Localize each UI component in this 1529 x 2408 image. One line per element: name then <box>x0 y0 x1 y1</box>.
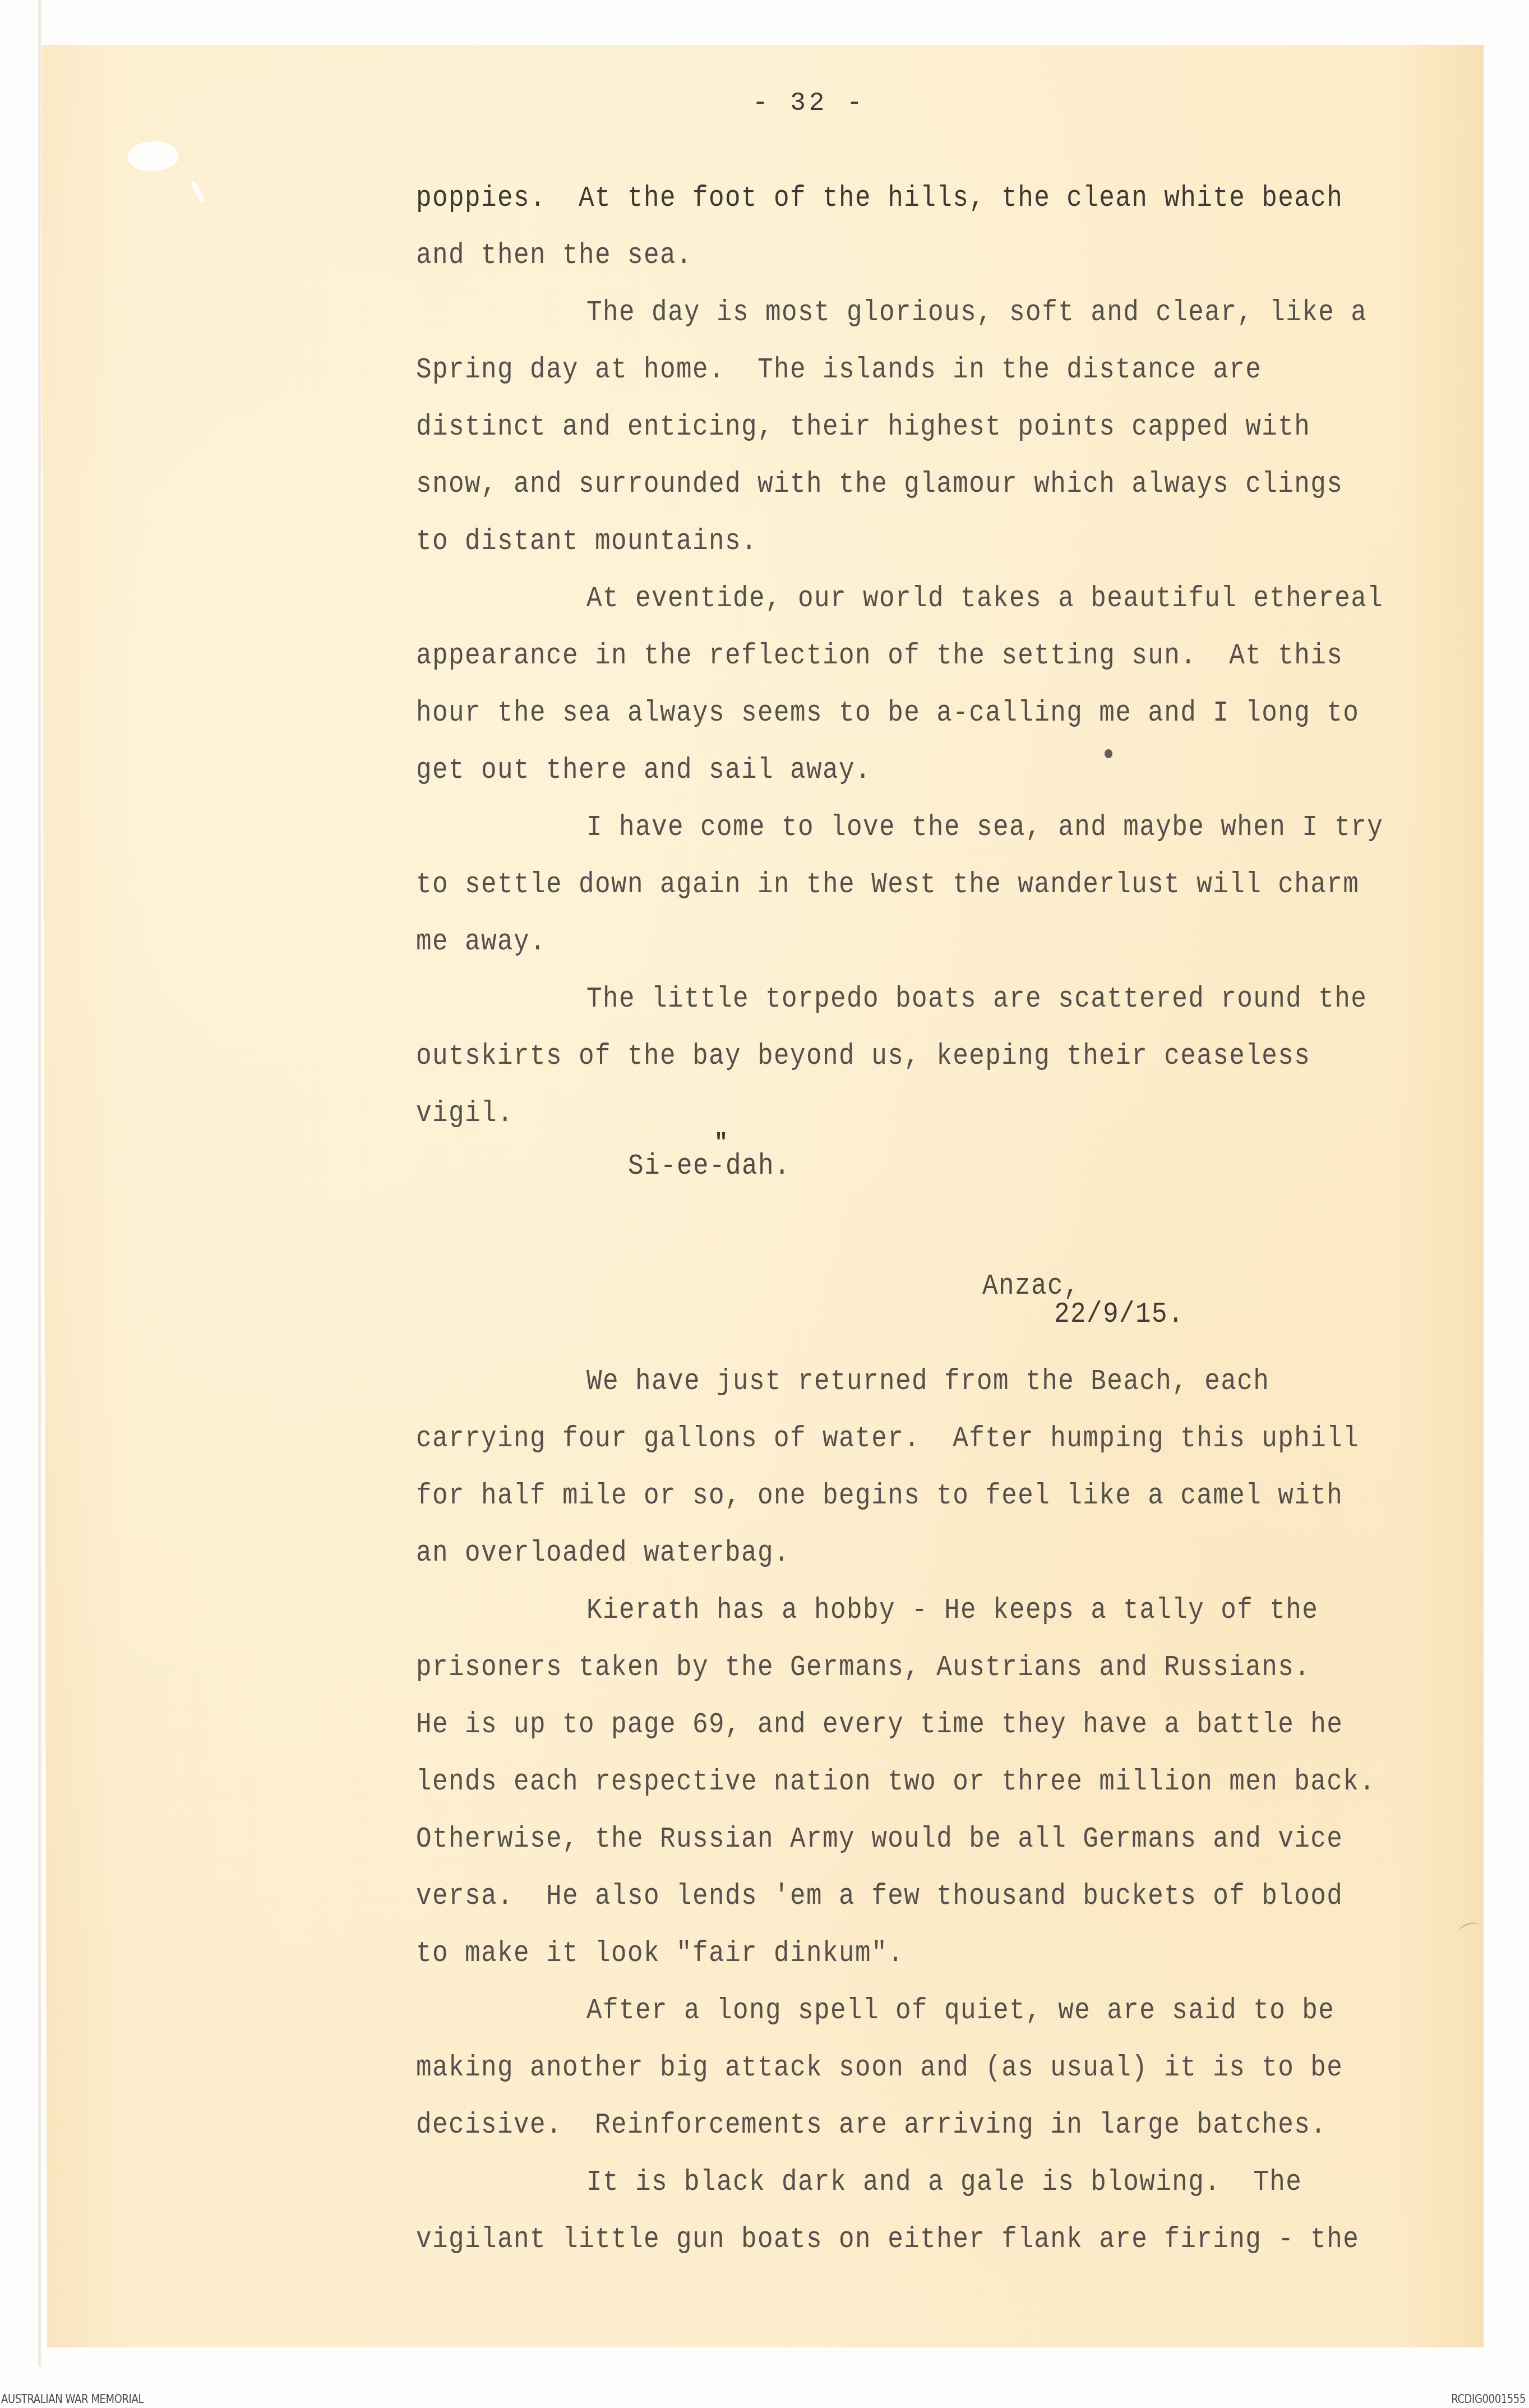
page-number: - 32 - <box>752 89 866 118</box>
text-line: I have come to love the sea, and maybe w… <box>586 810 1383 845</box>
text-line: distinct and enticing, their highest poi… <box>416 409 1310 445</box>
text-line: We have just returned from the Beach, ea… <box>586 1364 1269 1399</box>
text-line: to settle down again in the West the wan… <box>416 867 1359 902</box>
ink-blot <box>1105 749 1112 758</box>
text-line: At eventide, our world takes a beautiful… <box>586 581 1383 616</box>
text-line: lends each respective nation two or thre… <box>416 1764 1375 1800</box>
text-line: After a long spell of quiet, we are said… <box>586 1993 1334 2028</box>
text-line: me away. <box>416 924 546 959</box>
text-line: to make it look "fair dinkum". <box>416 1936 904 1971</box>
record-id: RCDIG0001555 <box>1451 2392 1526 2406</box>
text-line: making another big attack soon and (as u… <box>416 2050 1343 2086</box>
text-line: Otherwise, the Russian Army would be all… <box>416 1821 1343 1857</box>
text-line: for half mile or so, one begins to feel … <box>416 1478 1343 1514</box>
text-line: The little torpedo boats are scattered r… <box>586 981 1367 1017</box>
text-line: and then the sea. <box>416 238 692 273</box>
signature: Si-ee-dah. <box>628 1150 791 1182</box>
text-line: poppies. At the foot of the hills, the c… <box>416 181 1343 216</box>
text-line: outskirts of the bay beyond us, keeping … <box>416 1039 1310 1074</box>
text-line: vigil. <box>416 1096 514 1131</box>
text-line: hour the sea always seems to be a-callin… <box>416 695 1359 731</box>
text-line: He is up to page 69, and every time they… <box>416 1707 1343 1742</box>
text-line: prisoners taken by the Germans, Austrian… <box>416 1650 1310 1685</box>
text-line: vigilant little gun boats on either flan… <box>416 2222 1359 2257</box>
text-line: an overloaded waterbag. <box>416 1535 790 1571</box>
institution-label: AUSTRALIAN WAR MEMORIAL <box>1 2392 144 2406</box>
dateline-date: 22/9/15. <box>1054 1298 1184 1330</box>
text-line: carrying four gallons of water. After hu… <box>416 1421 1359 1456</box>
text-line: snow, and surrounded with the glamour wh… <box>416 467 1343 502</box>
text-line: appearance in the reflection of the sett… <box>416 638 1343 673</box>
text-line: Spring day at home. The islands in the d… <box>416 352 1262 388</box>
text-line: The day is most glorious, soft and clear… <box>586 295 1367 330</box>
text-line: It is black dark and a gale is blowing. … <box>586 2165 1302 2200</box>
scan-edge <box>38 0 41 2367</box>
text-line: decisive. Reinforcements are arriving in… <box>416 2107 1327 2143</box>
text-line: get out there and sail away. <box>416 753 871 788</box>
text-line: Kierath has a hobby - He keeps a tally o… <box>586 1593 1318 1628</box>
text-line: versa. He also lends 'em a few thousand … <box>416 1879 1343 1914</box>
text-line: to distant mountains. <box>416 524 757 559</box>
